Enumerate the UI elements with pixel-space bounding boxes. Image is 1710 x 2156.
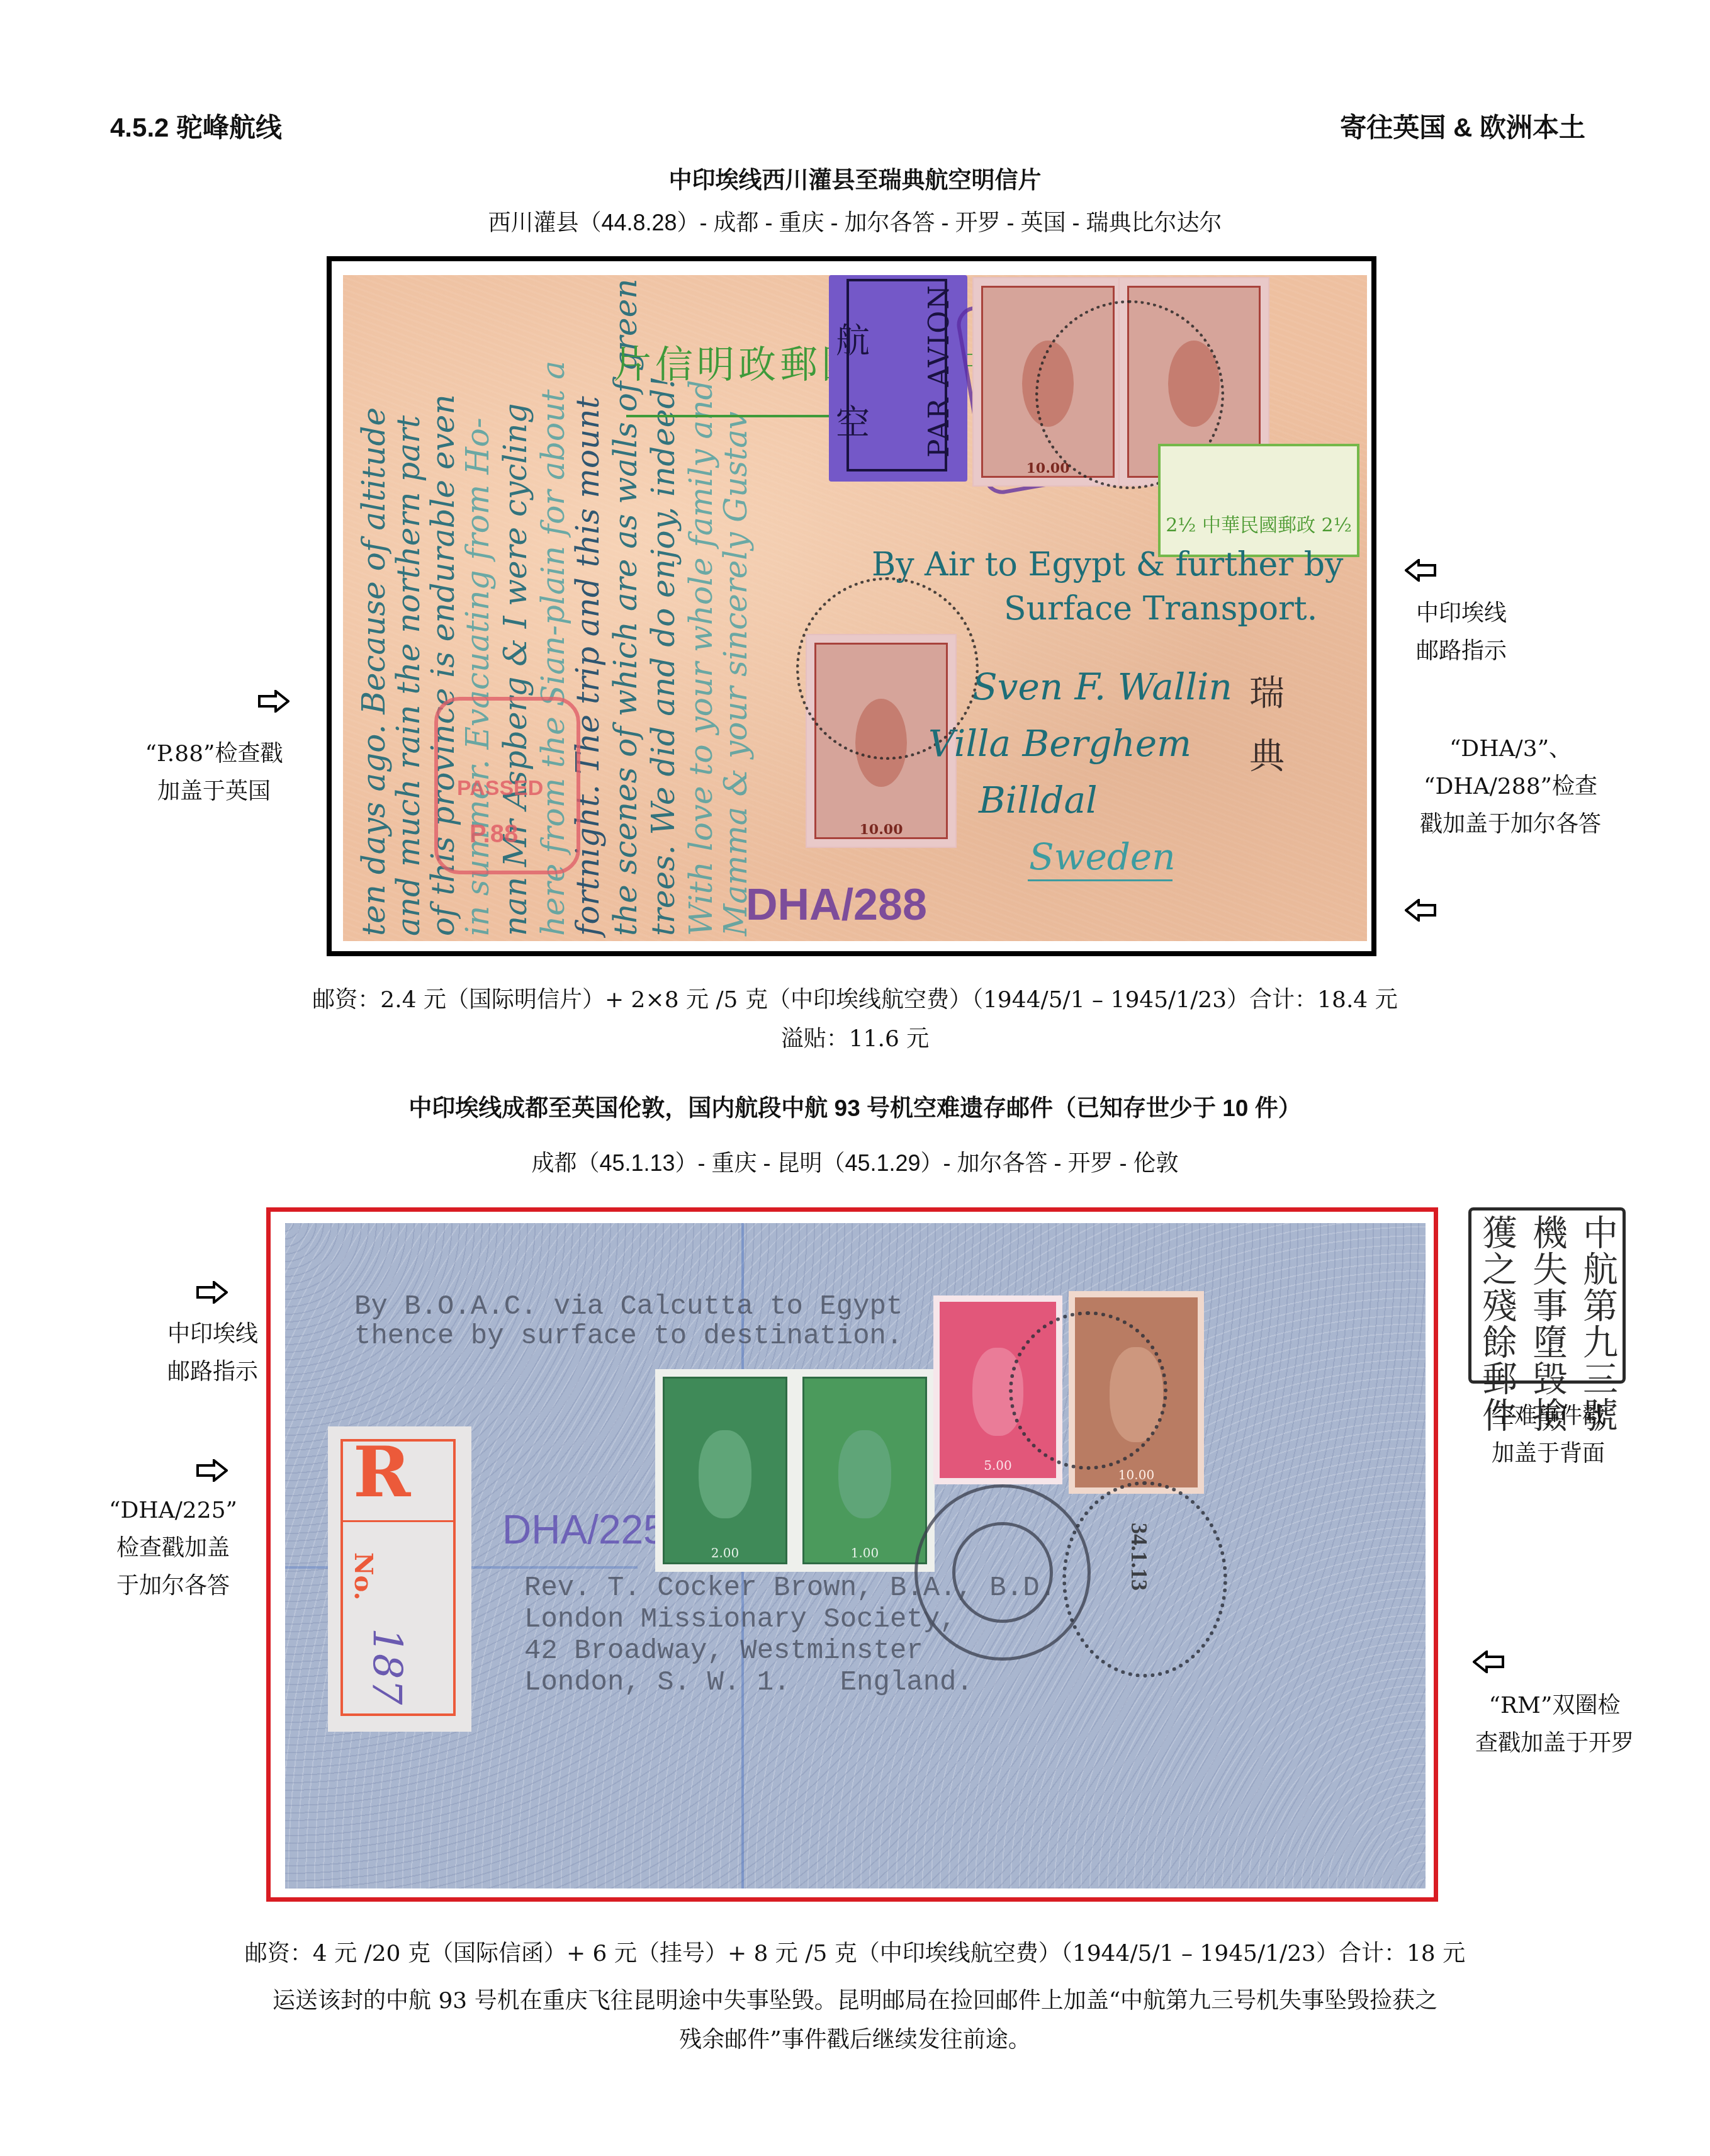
airmail-label-fr: PAR AVION xyxy=(923,284,955,458)
censor-mark-p88: PASSED P.88 xyxy=(434,697,580,874)
item2-postage: 邮资：4 元 /20 克（国际信函）+ 6 元（挂号）+ 8 元 /5 克（中印… xyxy=(0,1936,1710,1968)
item2-title: 中印埃线成都至英国伦敦，国内航段中航 93 号机空难遗存邮件（已知存世少于 10… xyxy=(0,1089,1710,1123)
registration-label: R No. 187 xyxy=(328,1426,471,1732)
arrow-left-icon xyxy=(1405,559,1436,582)
address-line: London Missionary Society, xyxy=(524,1604,957,1635)
message-line: trees. We did and do enjoy, indeed! xyxy=(645,376,682,936)
stamp-2yuan: 2.00 xyxy=(655,1369,795,1572)
message-line: Mamma & your sincerely Gustav xyxy=(717,412,754,936)
item1-overpaid: 溢贴：11.6 元 xyxy=(0,1021,1710,1053)
address-cn: 典 xyxy=(1249,728,1285,779)
item2-route: 成都（45.1.13）- 重庆 - 昆明（45.1.29）- 加尔各答 - 开罗… xyxy=(0,1146,1710,1178)
item2-note: 运送该封的中航 93 号机在重庆飞往昆明途中失事坠毁。昆明邮局在捡回邮件上加盖“… xyxy=(0,1983,1710,2015)
arrow-left-icon xyxy=(1473,1651,1504,1673)
postcard-indicium: 2½ 中華民國郵政 2½ xyxy=(1158,444,1359,557)
address-line: 42 Broadway, Westminster xyxy=(524,1635,923,1667)
annotation-route-indication: 中印埃线邮路指示 xyxy=(113,1316,258,1391)
item1-title: 中印埃线西川灌县至瑞典航空明信片 xyxy=(0,161,1710,195)
address-line: Sven F. Wallin xyxy=(972,665,1232,708)
postmark: 34.1.13 xyxy=(1062,1481,1227,1678)
address-line: Villa Berghem xyxy=(928,722,1191,765)
reg-no-label: No. xyxy=(349,1552,378,1600)
crash-cachet: 中航第九三號 機失事墮毀撿 獲之殘餘郵件 xyxy=(1468,1207,1626,1384)
postcard-image: ten days ago. Because of altitude and mu… xyxy=(343,275,1367,941)
section-category: 寄往英国 & 欧洲本土 xyxy=(1340,107,1585,145)
section-title: 4.5.2 驼峰航线 xyxy=(110,107,282,145)
address-line: Sweden xyxy=(1029,835,1176,878)
item1-route: 西川灌县（44.8.28）- 成都 - 重庆 - 加尔各答 - 开罗 - 英国 … xyxy=(0,205,1710,237)
message-line: With love to your whole family and xyxy=(683,380,719,936)
underline xyxy=(1028,879,1173,885)
arrow-right-icon xyxy=(196,1281,228,1304)
annotation-crash-cachet: 空难事件戳加盖于背面 xyxy=(1473,1397,1624,1473)
reg-number: 187 xyxy=(363,1628,410,1705)
annotation-rm: “RM”双圈检查戳加盖于开罗 xyxy=(1460,1687,1649,1763)
annotation-route-indication: 中印埃线邮路指示 xyxy=(1416,595,1542,670)
typed-route: thence by surface to destination. xyxy=(354,1321,903,1352)
stamp-1yuan: 1.00 xyxy=(795,1369,935,1572)
address-line: London, S. W. 1. England. xyxy=(524,1667,973,1698)
routing-note: By Air to Egypt & further by xyxy=(872,546,1343,584)
reg-letter: R xyxy=(353,1431,410,1513)
annotation-dha225: “DHA/225”检查戳加盖于加尔各答 xyxy=(88,1492,258,1605)
arrow-right-icon xyxy=(258,690,290,713)
item2-note: 残余邮件”事件戳后继续发往前途。 xyxy=(0,2022,1710,2054)
item1-postage: 邮资：2.4 元（国际明信片）+ 2×8 元 /5 克（中印埃线航空费）（194… xyxy=(0,982,1710,1014)
airmail-label-cn: 航 空 xyxy=(834,300,872,464)
cover-image: By B.O.A.C. via Calcutta to Egypt thence… xyxy=(285,1223,1426,1888)
annotation-dha: “DHA/3”、“DHA/288”检查戳加盖于加尔各答 xyxy=(1403,730,1617,844)
postmark xyxy=(1009,1311,1167,1470)
address-cn: 瑞 xyxy=(1249,665,1285,716)
arrow-right-icon xyxy=(196,1459,228,1482)
arrow-left-icon xyxy=(1405,899,1436,922)
address-line: Billdal xyxy=(979,779,1098,821)
typed-route: By B.O.A.C. via Calcutta to Egypt xyxy=(354,1291,903,1323)
address-line: Rev. T. Cocker Brown, B.A., B.D. xyxy=(524,1572,1056,1604)
indicium-text: 2½ 中華民國郵政 2½ xyxy=(1161,509,1357,537)
annotation-p88: “P.88”检查戳加盖于英国 xyxy=(120,735,308,811)
message-line: ten days ago. Because of altitude xyxy=(356,407,392,936)
censor-mark-dha288: DHA/288 xyxy=(746,879,927,930)
message-line: and much rain the northern part xyxy=(390,415,427,936)
airmail-label: 航 空 PAR AVION xyxy=(829,275,967,482)
censor-mark-dha225: DHA/225 xyxy=(502,1506,666,1553)
routing-note: Surface Transport. xyxy=(1004,590,1317,628)
